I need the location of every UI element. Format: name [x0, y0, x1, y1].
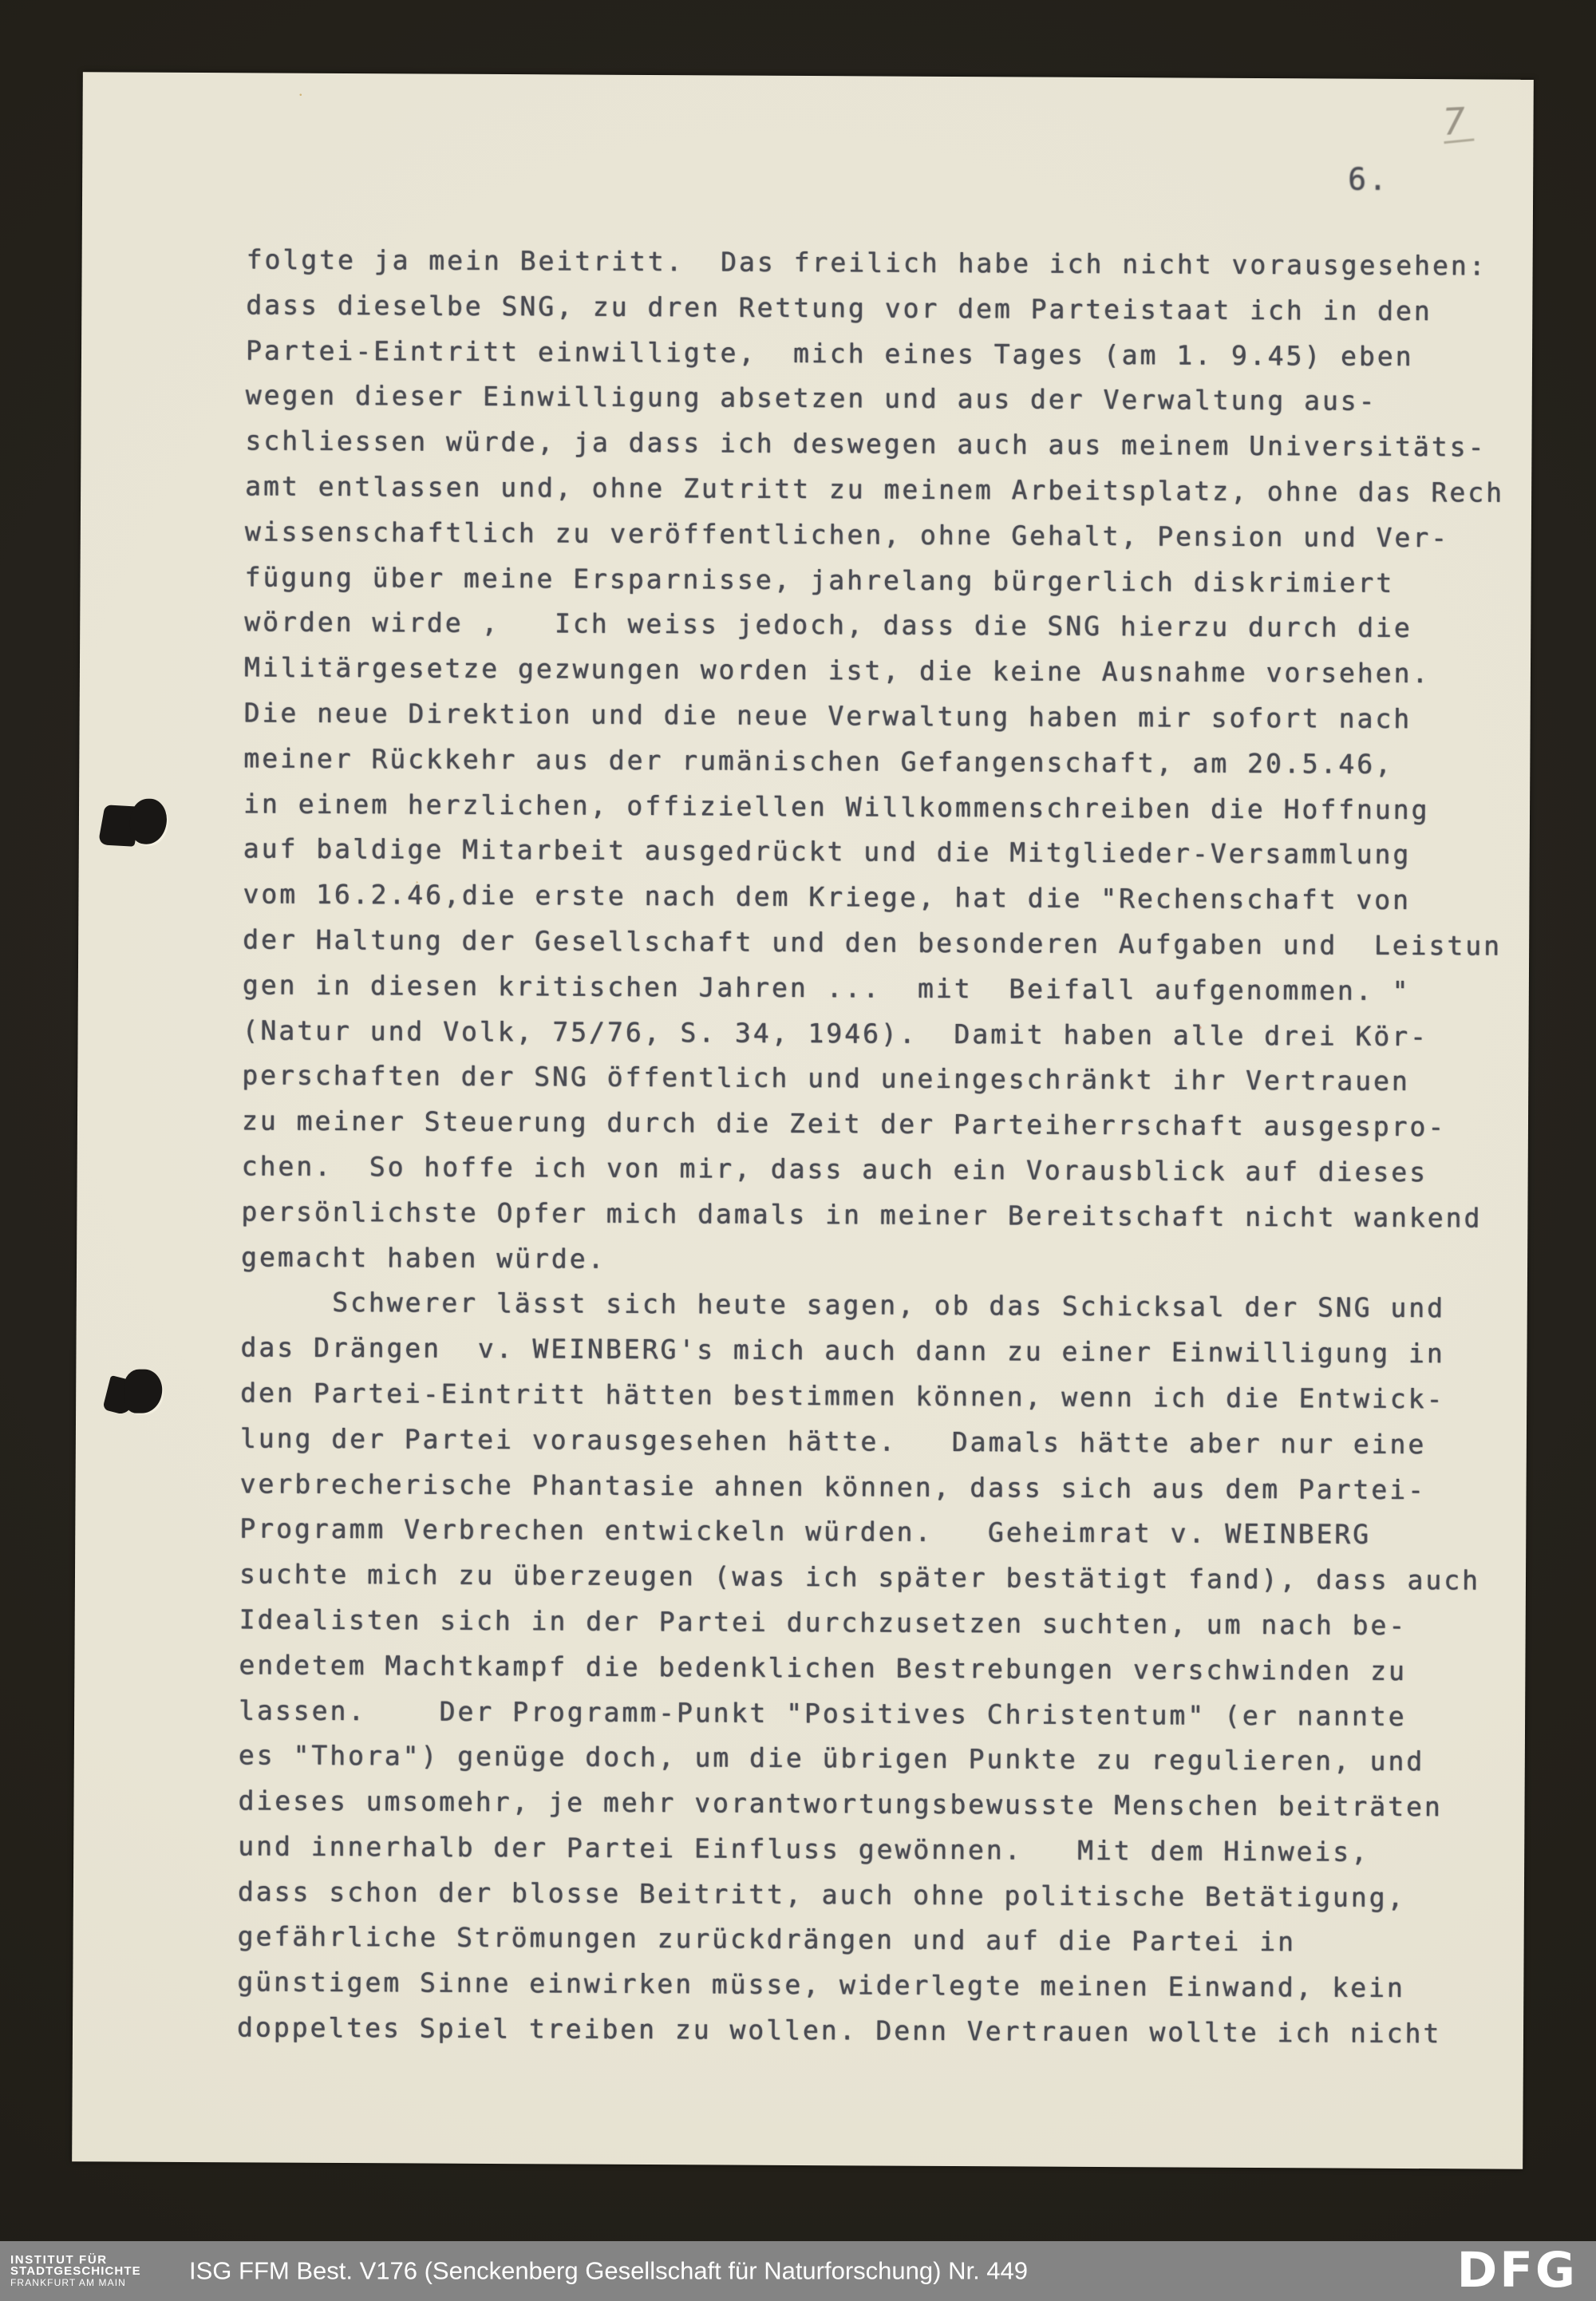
typewritten-line: perschaften der SNG öffentlich und unein…	[242, 1054, 1501, 1105]
footer-bar: INSTITUT FÜR STADTGESCHICHTE FRANKFURT A…	[0, 2241, 1596, 2301]
typewritten-line: (Natur und Volk, 75/76, S. 34, 1946). Da…	[242, 1008, 1501, 1060]
typewritten-line: zu meiner Steuerung durch die Zeit der P…	[242, 1098, 1501, 1150]
typewritten-line: fügung über meine Ersparnisse, jahrelang…	[244, 555, 1503, 607]
page-number: 6.	[1348, 162, 1389, 197]
typewritten-line: gefährliche Strömungen zurückdrängen und…	[237, 1915, 1496, 1967]
typewritten-line: den Partei-Eintritt hätten bestimmen kön…	[240, 1370, 1499, 1422]
hole-punch-bottom	[124, 1370, 162, 1413]
institute-line2: STADTGESCHICHTE	[10, 2266, 141, 2277]
typewritten-line: Idealisten sich in der Partei durchzuset…	[239, 1597, 1499, 1649]
typewritten-line: meiner Rückkehr aus der rumänischen Gefa…	[243, 736, 1503, 788]
typewritten-line: es "Thora") genüge doch, um die übrigen …	[239, 1734, 1498, 1785]
typewritten-line: der Haltung der Gesellschaft und den bes…	[243, 917, 1502, 969]
typewritten-line: verbrecherische Phantasie ahnen können, …	[239, 1461, 1499, 1513]
typewritten-line: gen in diesen kritischen Jahren ... mit …	[243, 963, 1502, 1014]
typewritten-line: folgte ja mein Beitritt. Das freilich ha…	[246, 237, 1505, 289]
dfg-logo: DFG	[1457, 2242, 1578, 2299]
typewritten-line: das Drängen v. WEINBERG's mich auch dann…	[240, 1325, 1499, 1377]
typewritten-line: lung der Partei vorausgesehen hätte. Dam…	[240, 1416, 1499, 1468]
typewritten-line: dass dieselbe SNG, zu dren Rettung vor d…	[246, 283, 1505, 334]
typewritten-line: lassen. Der Programm-Punkt "Positives Ch…	[239, 1688, 1498, 1740]
typewritten-line: wegen dieser Einwilligung absetzen und a…	[246, 374, 1505, 425]
pencil-page-mark: 7	[1439, 100, 1468, 144]
typewritten-line: Militärgesetze gezwungen worden ist, die…	[244, 645, 1503, 697]
paper-sheet: 7 6. folgte ja mein Beitritt. Das freili…	[72, 72, 1534, 2169]
typewritten-line: chen. So hoffe ich von mir, dass auch ei…	[242, 1144, 1501, 1196]
typewritten-body: folgte ja mein Beitritt. Das freilich ha…	[237, 237, 1506, 2057]
hole-punch-top	[130, 799, 167, 844]
typewritten-line: Programm Verbrechen entwickeln würden. G…	[239, 1507, 1499, 1559]
typewritten-line: wissenschaftlich zu veröffentlichen, ohn…	[245, 509, 1504, 561]
typewritten-line: Partei-Eintritt einwilligte, mich eines …	[246, 328, 1505, 380]
typewritten-line: Die neue Direktion und die neue Verwaltu…	[244, 690, 1503, 742]
typewritten-line: auf baldige Mitarbeit ausgedrückt und di…	[243, 827, 1503, 879]
typewritten-line: dieses umsomehr, je mehr vorantwortungsb…	[238, 1778, 1497, 1830]
typewritten-line: schliessen würde, ja dass ich deswegen a…	[245, 419, 1504, 471]
typewritten-line: endetem Machtkampf die bedenklichen Best…	[239, 1643, 1498, 1694]
typewritten-line: doppeltes Spiel treiben zu wollen. Denn …	[237, 2005, 1496, 2057]
typewritten-line: Schwerer lässt sich heute sagen, ob das …	[241, 1280, 1500, 1332]
archive-caption: ISG FFM Best. V176 (Senckenberg Gesellsc…	[189, 2256, 1028, 2285]
typewritten-line: wörden wirde , Ich weiss jedoch, dass di…	[244, 600, 1503, 652]
typewritten-line: dass schon der blosse Beitritt, auch ohn…	[238, 1869, 1497, 1921]
typewritten-line: und innerhalb der Partei Einfluss gewönn…	[238, 1824, 1497, 1876]
typewritten-line: amt entlassen und, ohne Zutritt zu meine…	[245, 464, 1504, 516]
typewritten-line: in einem herzlichen, offiziellen Willkom…	[243, 781, 1503, 833]
typewritten-line: suchte mich zu überzeugen (was ich späte…	[239, 1552, 1499, 1603]
typewritten-line: günstigem Sinne einwirken müsse, widerle…	[237, 1960, 1496, 2012]
typewritten-line: gemacht haben würde.	[241, 1235, 1500, 1287]
institute-line3: FRANKFURT AM MAIN	[10, 2277, 141, 2288]
typewritten-line: persönlichste Opfer mich damals in meine…	[241, 1189, 1500, 1241]
institute-logo: INSTITUT FÜR STADTGESCHICHTE FRANKFURT A…	[10, 2254, 141, 2288]
typewritten-line: vom 16.2.46,die erste nach dem Kriege, h…	[243, 872, 1502, 923]
